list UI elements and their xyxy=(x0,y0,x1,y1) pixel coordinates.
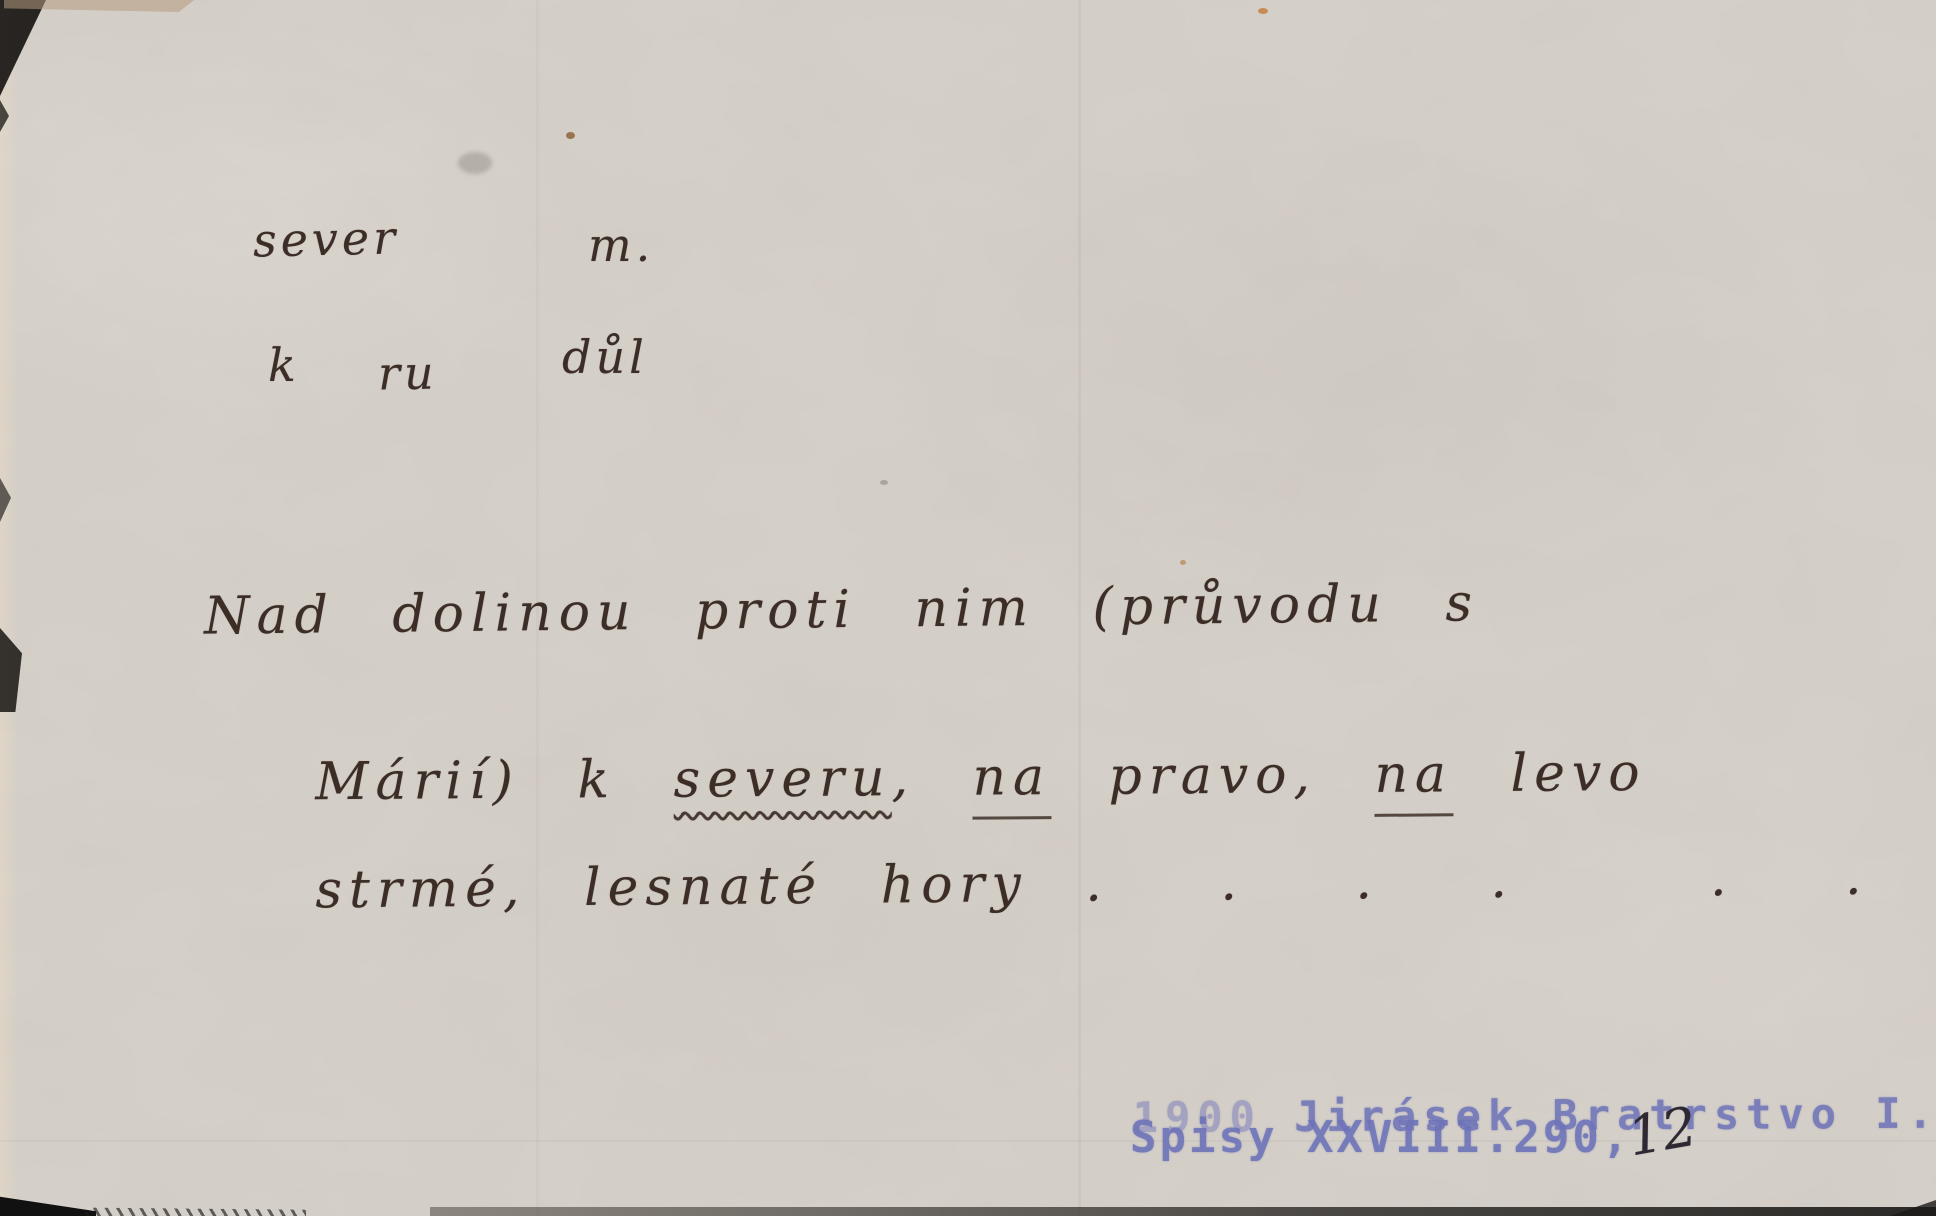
handwritten-word-sever: sever xyxy=(252,210,399,267)
ellipsis-dots: . . . . . . xyxy=(1085,847,1896,914)
handwritten-page-number: 12 xyxy=(1623,1095,1702,1169)
handwritten-paragraph-line-3: strmé, lesnaté hory . . . . . . xyxy=(200,787,1896,922)
archive-stamp-line-2: Spisy XXVIII.290, xyxy=(1130,1112,1631,1163)
handwritten-word-ru: ru xyxy=(378,345,439,400)
paragraph-line3-text: strmé, lesnaté hory xyxy=(315,854,1085,921)
handwritten-word-m: m. xyxy=(588,218,654,272)
handwritten-word-k: k xyxy=(268,338,300,392)
handwritten-word-dul: důl xyxy=(562,330,648,384)
